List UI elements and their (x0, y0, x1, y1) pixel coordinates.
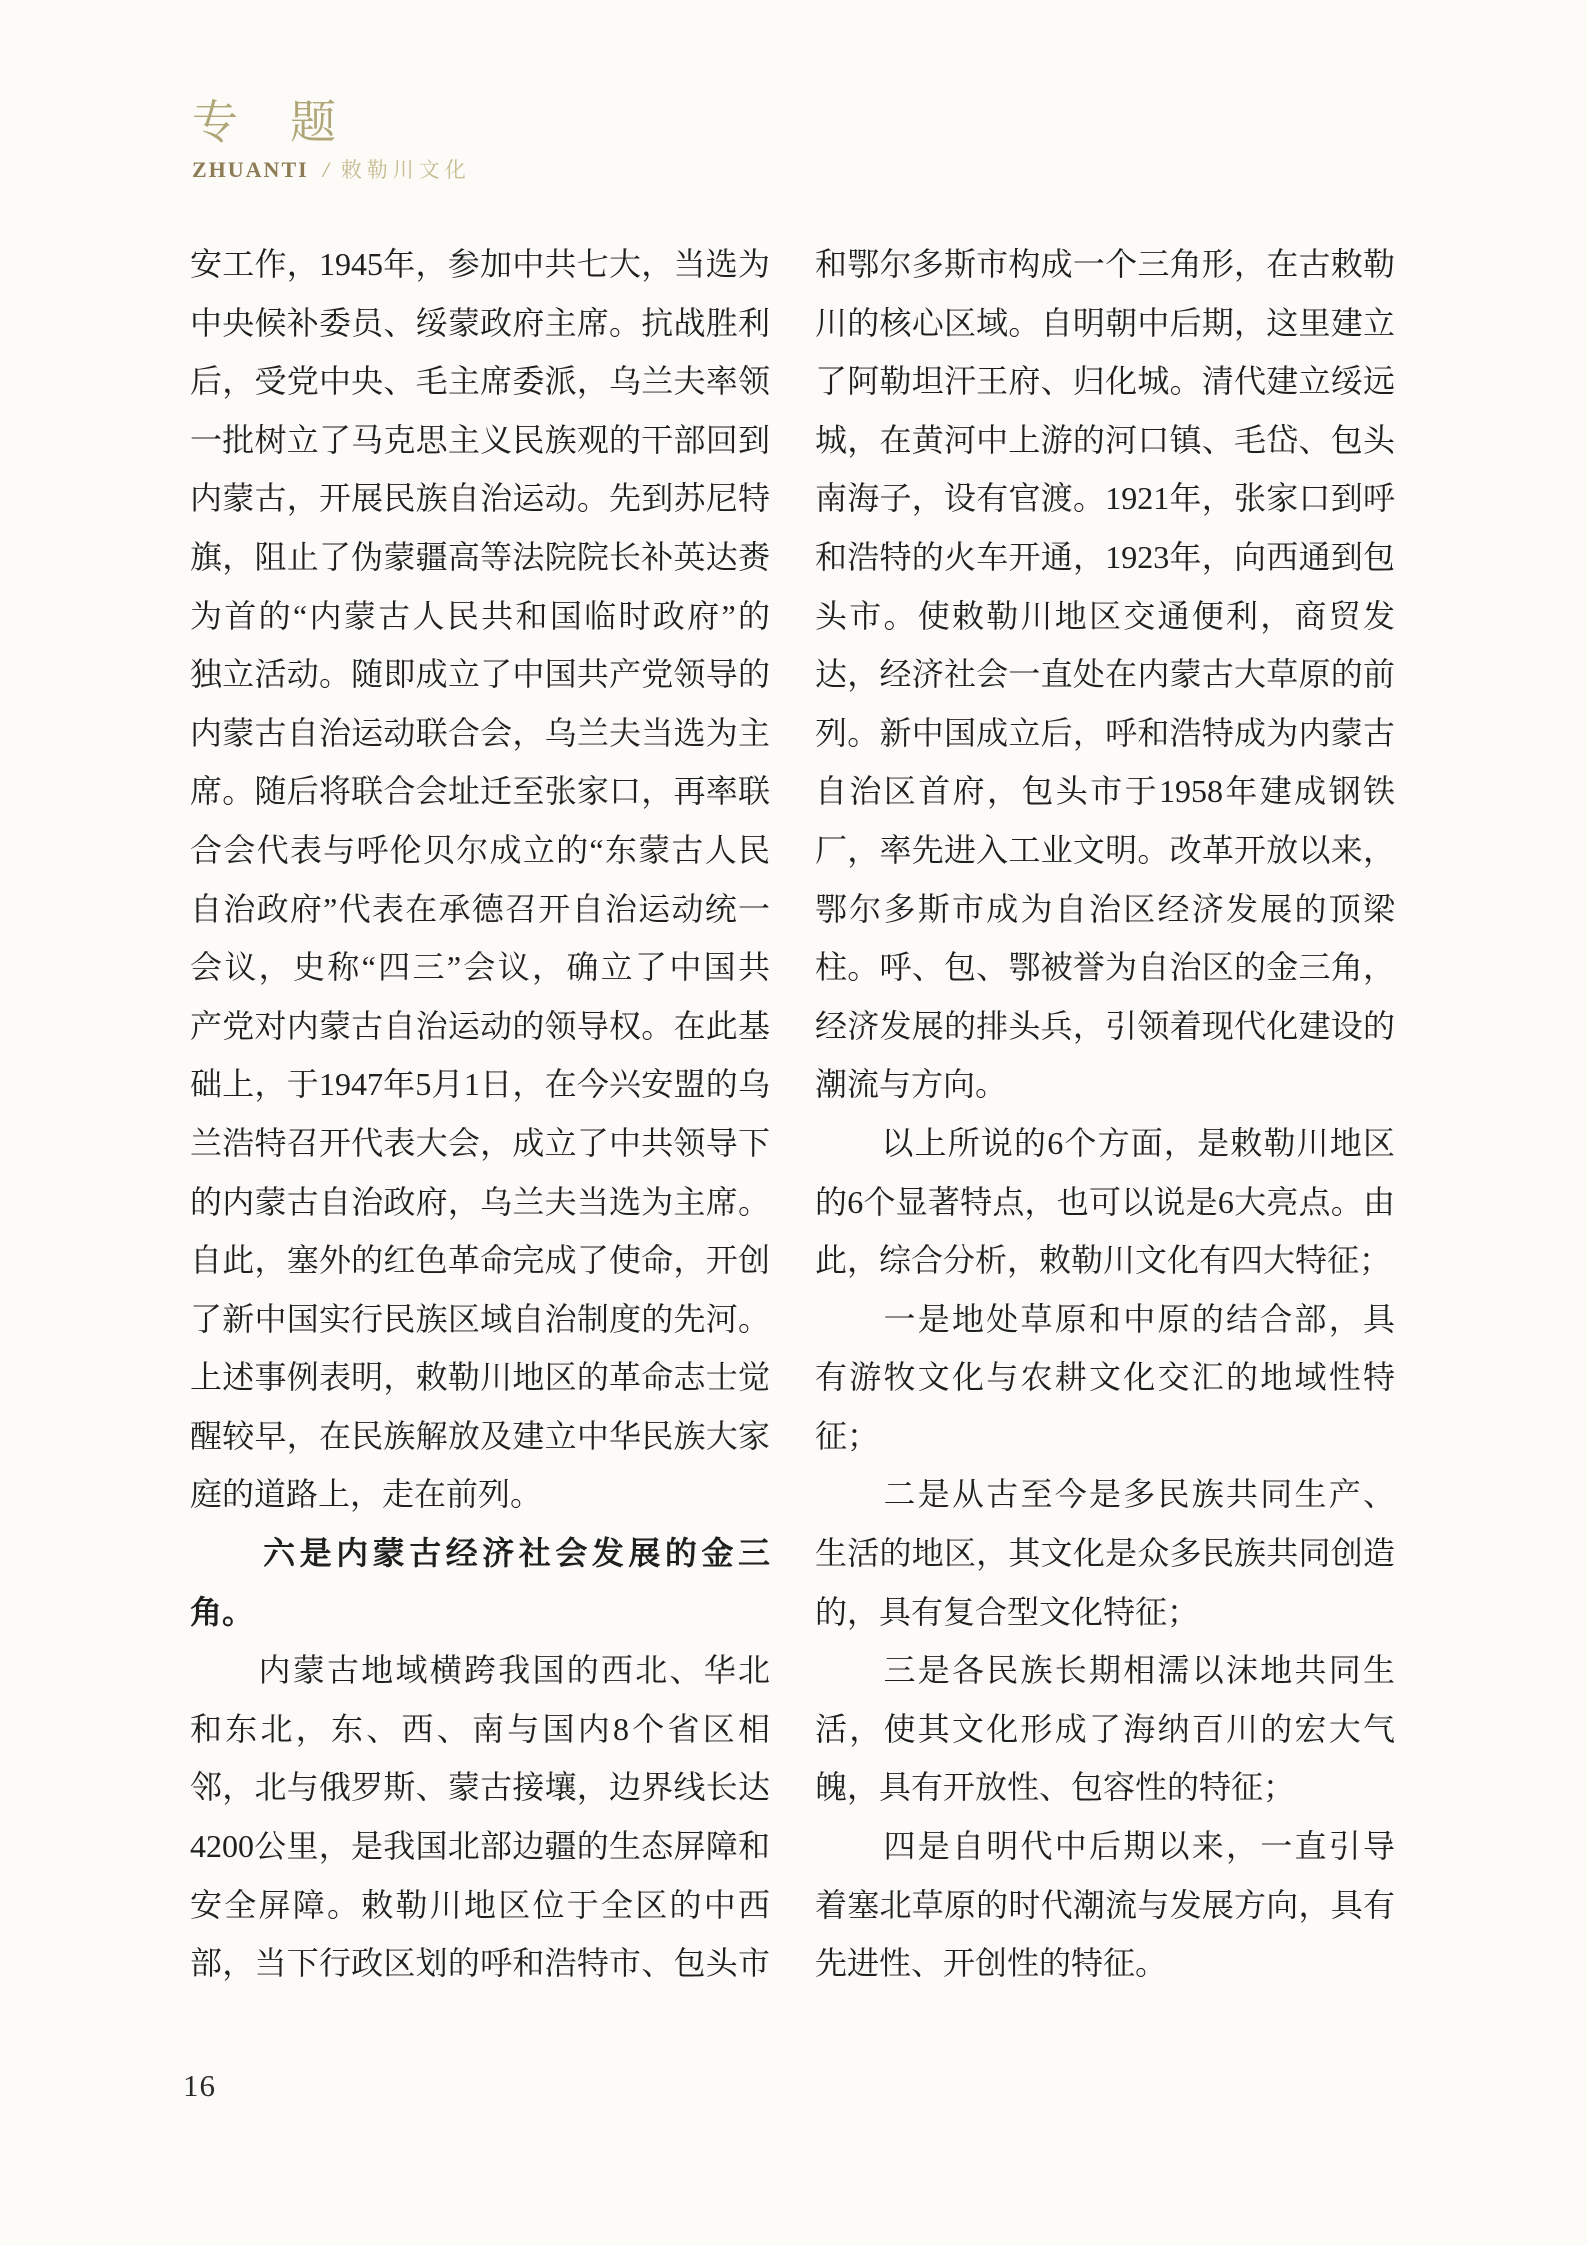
text-line: 安全屏障。敕勒川地区位于全区的中西 (190, 1876, 770, 1935)
text-column-right: 和鄂尔多斯市构成一个三角形，在古敕勒川的核心区域。自明朝中后期，这里建立了阿勒坦… (815, 235, 1395, 1993)
text-line: 和浩特的火车开通，1923年，向西通到包 (815, 528, 1395, 587)
text-line: 和鄂尔多斯市构成一个三角形，在古敕勒 (815, 235, 1395, 294)
text-line: 的内蒙古自治政府，乌兰夫当选为主席。 (190, 1173, 770, 1232)
text-line: 和东北，东、西、南与国内8个省区相 (190, 1700, 770, 1759)
text-line: 础上，于1947年5月1日，在今兴安盟的乌 (190, 1055, 770, 1114)
text-line: 自治政府”代表在承德召开自治运动统一 (190, 880, 770, 939)
text-line: 后，受党中央、毛主席委派，乌兰夫率领 (190, 352, 770, 411)
page-number: 16 (183, 2066, 216, 2106)
text-line: 的6个显著特点，也可以说是6大亮点。由 (815, 1173, 1395, 1232)
section-subtitle-pinyin: ZHUANTI (192, 157, 309, 182)
text-line: 4200公里，是我国北部边疆的生态屏障和 (190, 1817, 770, 1876)
text-line: 着塞北草原的时代潮流与发展方向，具有 (815, 1876, 1395, 1935)
section-title: 专题 (192, 98, 471, 148)
article-body: 安工作，1945年，参加中共七大，当选为中央候补委员、绥蒙政府主席。抗战胜利后，… (190, 235, 1395, 1993)
text-line: 醒较早，在民族解放及建立中华民族大家 (190, 1407, 770, 1466)
text-line: 了阿勒坦汗王府、归化城。清代建立绥远 (815, 352, 1395, 411)
text-line: 列。新中国成立后，呼和浩特成为内蒙古 (815, 704, 1395, 763)
text-line: 经济发展的排头兵，引领着现代化建设的 (815, 997, 1395, 1056)
text-line: 邻，北与俄罗斯、蒙古接壤，边界线长达 (190, 1758, 770, 1817)
text-line: 以上所说的6个方面，是敕勒川地区 (815, 1114, 1395, 1173)
text-column-left: 安工作，1945年，参加中共七大，当选为中央候补委员、绥蒙政府主席。抗战胜利后，… (190, 235, 770, 1993)
text-line: 征； (815, 1407, 1395, 1466)
text-line: 内蒙古地域横跨我国的西北、华北 (190, 1641, 770, 1700)
text-line: 头市。使敕勒川地区交通便利，商贸发 (815, 587, 1395, 646)
text-line: 潮流与方向。 (815, 1055, 1395, 1114)
text-line: 兰浩特召开代表大会，成立了中共领导下 (190, 1114, 770, 1173)
text-line: 内蒙古自治运动联合会，乌兰夫当选为主 (190, 704, 770, 763)
text-line: 上述事例表明，敕勒川地区的革命志士觉 (190, 1348, 770, 1407)
text-line: 二是从古至今是多民族共同生产、 (815, 1465, 1395, 1524)
subtitle-separator-slash: / (323, 157, 329, 182)
section-subtitle: ZHUANTI/敕勒川文化 (192, 157, 471, 183)
section-subtitle-topic: 敕勒川文化 (341, 158, 471, 182)
text-line: 城，在黄河中上游的河口镇、毛岱、包头 (815, 411, 1395, 470)
text-line: 先进性、开创性的特征。 (815, 1934, 1395, 1993)
text-line: 会议，史称“四三”会议，确立了中国共 (190, 938, 770, 997)
text-line: 柱。呼、包、鄂被誉为自治区的金三角， (815, 938, 1395, 997)
text-line: 魄，具有开放性、包容性的特征； (815, 1758, 1395, 1817)
text-line: 内蒙古，开展民族自治运动。先到苏尼特 (190, 469, 770, 528)
text-line: 的，具有复合型文化特征； (815, 1583, 1395, 1642)
text-line: 部，当下行政区划的呼和浩特市、包头市 (190, 1934, 770, 1993)
magazine-page: { "page": { "number": "16", "background"… (0, 0, 1587, 2245)
text-line: 达，经济社会一直处在内蒙古大草原的前 (815, 645, 1395, 704)
subheading-line: 角。 (190, 1583, 770, 1642)
text-line: 一是地处草原和中原的结合部，具 (815, 1290, 1395, 1349)
text-line: 有游牧文化与农耕文化交汇的地域性特 (815, 1348, 1395, 1407)
text-line: 一批树立了马克思主义民族观的干部回到 (190, 411, 770, 470)
text-line: 川的核心区域。自明朝中后期，这里建立 (815, 294, 1395, 353)
page-header: 专题 ZHUANTI/敕勒川文化 (192, 98, 471, 183)
text-line: 南海子，设有官渡。1921年，张家口到呼 (815, 469, 1395, 528)
text-line: 此，综合分析，敕勒川文化有四大特征； (815, 1231, 1395, 1290)
text-line: 为首的“内蒙古人民共和国临时政府”的 (190, 587, 770, 646)
text-line: 自此，塞外的红色革命完成了使命，开创 (190, 1231, 770, 1290)
text-line: 自治区首府，包头市于1958年建成钢铁 (815, 762, 1395, 821)
text-line: 独立活动。随即成立了中国共产党领导的 (190, 645, 770, 704)
subheading-line: 六是内蒙古经济社会发展的金三 (190, 1524, 770, 1583)
text-line: 安工作，1945年，参加中共七大，当选为 (190, 235, 770, 294)
text-line: 产党对内蒙古自治运动的领导权。在此基 (190, 997, 770, 1056)
text-line: 旗，阻止了伪蒙疆高等法院院长补英达赉 (190, 528, 770, 587)
text-line: 四是自明代中后期以来，一直引导 (815, 1817, 1395, 1876)
text-line: 了新中国实行民族区域自治制度的先河。 (190, 1290, 770, 1349)
text-line: 合会代表与呼伦贝尔成立的“东蒙古人民 (190, 821, 770, 880)
text-line: 活，使其文化形成了海纳百川的宏大气 (815, 1700, 1395, 1759)
text-line: 三是各民族长期相濡以沫地共同生 (815, 1641, 1395, 1700)
text-line: 中央候补委员、绥蒙政府主席。抗战胜利 (190, 294, 770, 353)
text-line: 鄂尔多斯市成为自治区经济发展的顶梁 (815, 880, 1395, 939)
text-line: 庭的道路上，走在前列。 (190, 1465, 770, 1524)
text-line: 厂，率先进入工业文明。改革开放以来， (815, 821, 1395, 880)
text-line: 生活的地区，其文化是众多民族共同创造 (815, 1524, 1395, 1583)
text-line: 席。随后将联合会址迁至张家口，再率联 (190, 762, 770, 821)
